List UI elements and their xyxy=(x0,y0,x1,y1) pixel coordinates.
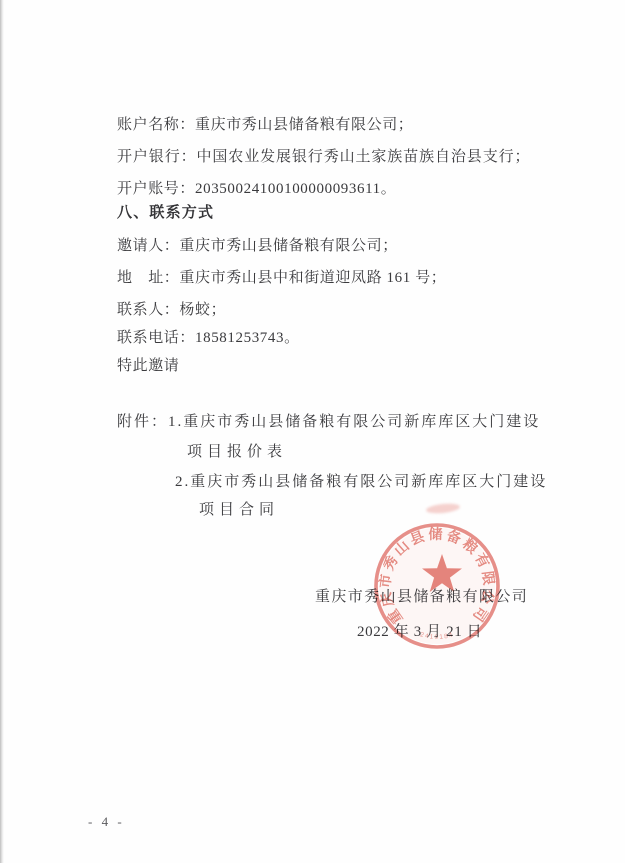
closing-line: 特此邀请 xyxy=(117,355,179,377)
contact-person-line: 联系人：杨蛟； xyxy=(117,299,226,321)
address-line: 地 址：重庆市秀山县中和街道迎凤路 161 号； xyxy=(117,267,446,289)
inviter-line: 邀请人：重庆市秀山县储备粮有限公司； xyxy=(117,235,398,257)
attachment-item-1-continuation: 项目报价表 xyxy=(187,441,287,463)
account-number-line: 开户账号：20350024100100000093611。 xyxy=(117,178,396,200)
phone-line: 联系电话：18581253743。 xyxy=(117,327,300,349)
company-seal-icon: 重庆市秀山县储备粮有限公司 2410184 xyxy=(362,511,512,661)
contact-section-heading: 八、联系方式 xyxy=(117,202,214,224)
bank-line: 开户银行：中国农业发展银行秀山土家族苗族自治县支行； xyxy=(117,146,530,168)
account-name-line: 账户名称：重庆市秀山县储备粮有限公司； xyxy=(117,114,413,136)
attachment-item-2: 2.重庆市秀山县储备粮有限公司新库库区大门建设 xyxy=(175,471,547,493)
company-seal: 重庆市秀山县储备粮有限公司 2410184 xyxy=(362,511,512,661)
attachment-item-1: 附件：1.重庆市秀山县储备粮有限公司新库库区大门建设 xyxy=(117,411,540,433)
attachment-item-2-continuation: 项目合同 xyxy=(199,499,279,521)
page-number: - 4 - xyxy=(88,814,125,830)
scan-edge-artifact xyxy=(0,0,4,863)
document-page: 账户名称：重庆市秀山县储备粮有限公司； 开户银行：中国农业发展银行秀山土家族苗族… xyxy=(0,0,625,863)
